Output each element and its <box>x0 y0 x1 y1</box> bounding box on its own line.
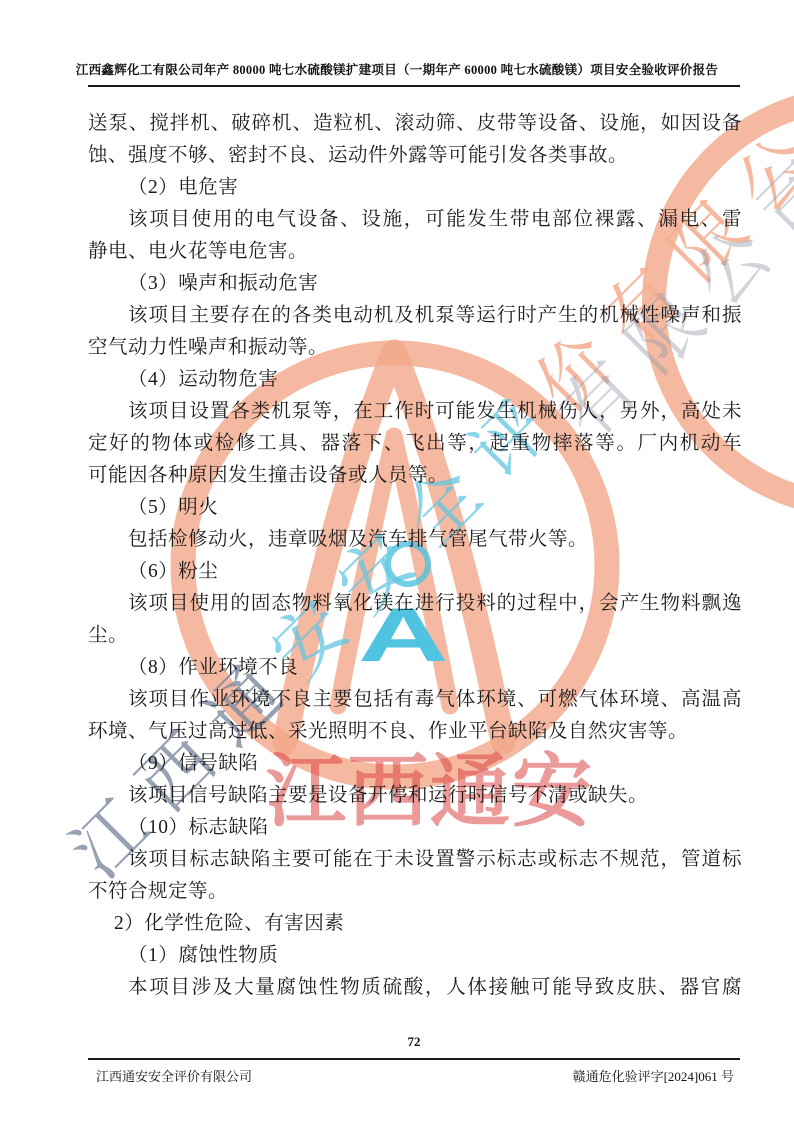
body-line: （3）噪声和振动危害 <box>88 268 742 300</box>
body-line: 蚀、强度不够、密封不良、运动件外露等可能引发各类事故。 <box>88 140 742 172</box>
body-line: 该项目主要存在的各类电动机及机泵等运行时产生的机械性噪声和振动、 <box>88 300 742 332</box>
body-line: 静电、电火花等电危害。 <box>88 236 742 268</box>
header-title: 江西鑫辉化工有限公司年产 80000 吨七水硫酸镁扩建项目（一期年产 60000… <box>44 60 750 78</box>
body-line: （10）标志缺陷 <box>88 812 742 844</box>
body-line: 定好的物体或检修工具、器落下、飞出等，起重物摔落等。厂内机动车辆， <box>88 428 742 460</box>
body-line: 不符合规定等。 <box>88 876 742 908</box>
body-line: 该项目设置各类机泵等，在工作时可能发生机械伤人，另外，高处未固 <box>88 396 742 428</box>
header-rule <box>88 85 740 87</box>
body-line: （2）电危害 <box>88 172 742 204</box>
footer-rule <box>88 1058 740 1060</box>
body-line: 环境、气压过高过低、采光照明不良、作业平台缺陷及自然灾害等。 <box>88 716 742 748</box>
body-line: 尘。 <box>88 620 742 652</box>
footer-company: 江西通安安全评价有限公司 <box>96 1066 252 1085</box>
document-page: 江西通安安全评价有限公司 有限公司 A 江西通安 江西鑫辉化工有限公司年产 80… <box>0 0 794 1123</box>
body-line: 该项目使用的固态物料氧化镁在进行投料的过程中，会产生物料飘逸粉 <box>88 588 742 620</box>
body-line: （8）作业环境不良 <box>88 652 742 684</box>
page-number: 72 <box>88 1034 740 1050</box>
body-line: 该项目信号缺陷主要是设备开停和运行时信号不清或缺失。 <box>88 780 742 812</box>
body-line: 该项目作业环境不良主要包括有毒气体环境、可燃气体环境、高温高湿 <box>88 684 742 716</box>
body-line: （5）明火 <box>88 492 742 524</box>
body-line: （4）运动物危害 <box>88 364 742 396</box>
body-line: 空气动力性噪声和振动等。 <box>88 332 742 364</box>
body-line: 该项目使用的电气设备、设施，可能发生带电部位裸露、漏电、雷电、 <box>88 204 742 236</box>
body-line: 包括检修动火，违章吸烟及汽车排气管尾气带火等。 <box>88 524 742 556</box>
body-line: （6）粉尘 <box>88 556 742 588</box>
footer-doc-number: 赣通危化验评字[2024]061 号 <box>334 1066 734 1085</box>
body-line: 2）化学性危险、有害因素 <box>88 908 742 940</box>
body-line: 送泵、搅拌机、破碎机、造粒机、滚动筛、皮带等设备、设施，如因设备腐 <box>88 108 742 140</box>
body-line: 该项目标志缺陷主要可能在于未设置警示标志或标志不规范，管道标色 <box>88 844 742 876</box>
body-line: 本项目涉及大量腐蚀性物质硫酸，人体接触可能导致皮肤、器官腐蚀、 <box>88 972 742 1004</box>
body-line: 可能因各种原因发生撞击设备或人员等。 <box>88 460 742 492</box>
body-line: （9）信号缺陷 <box>88 748 742 780</box>
document-body: 送泵、搅拌机、破碎机、造粒机、滚动筛、皮带等设备、设施，如因设备腐蚀、强度不够、… <box>88 108 742 1004</box>
body-line: （1）腐蚀性物质 <box>88 940 742 972</box>
